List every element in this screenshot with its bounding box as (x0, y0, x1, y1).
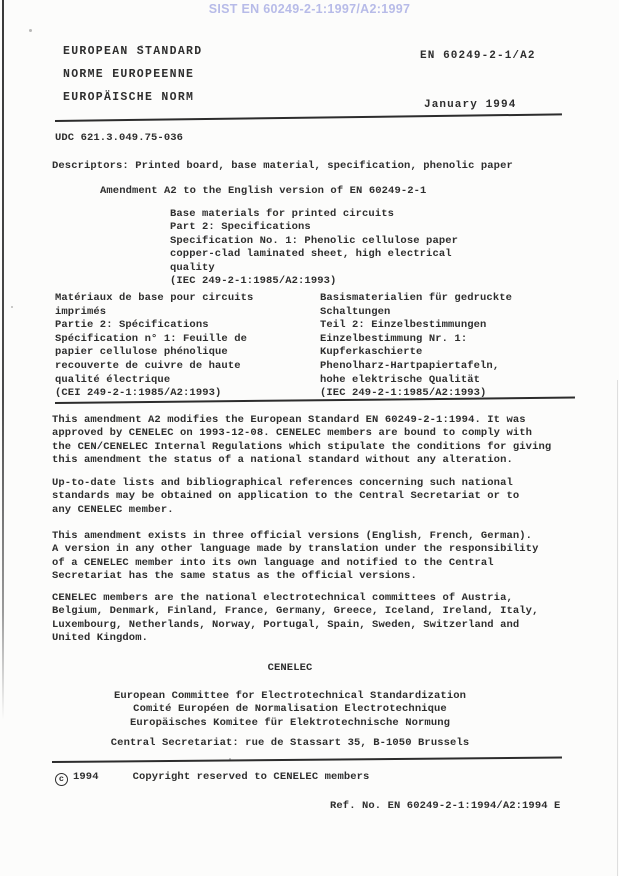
cenelec-committee-lines: European Committee for Electrotechnical … (0, 690, 580, 730)
copyright-line: c1994Copyright reserved to CENELEC membe… (55, 771, 369, 786)
watermark-text: SIST EN 60249-2-1:1997/A2:1997 (0, 2, 619, 16)
paragraph-approval: This amendment A2 modifies the European … (52, 414, 551, 468)
horizontal-rule-top (55, 113, 562, 122)
scan-edge-line-right (617, 380, 618, 876)
header-title-de: EUROPÄISCHE NORM (63, 91, 194, 104)
amendment-heading: Amendment A2 to the English version of E… (100, 185, 426, 198)
paragraph-members: CENELEC members are the national electro… (52, 592, 538, 646)
descriptors-line: Descriptors: Printed board, base materia… (52, 160, 513, 173)
copyright-text: Copyright reserved to CENELEC members (133, 771, 370, 783)
paragraph-versions: This amendment exists in three official … (52, 530, 538, 584)
horizontal-rule-bottom (52, 757, 562, 763)
scanned-standard-page: SIST EN 60249-2-1:1997/A2:1997 EUROPEAN … (0, 0, 619, 876)
scan-speck (11, 306, 13, 308)
title-block-english: Base materials for printed circuits Part… (170, 208, 458, 288)
document-date: January 1994 (424, 99, 516, 111)
udc-number: UDC 621.3.049.75-036 (55, 132, 183, 145)
cenelec-name: CENELEC (0, 662, 580, 675)
copyright-year: 1994 (73, 771, 99, 783)
header-title-fr: NORME EUROPEENNE (63, 68, 194, 81)
reference-number: Ref. No. EN 60249-2-1:1994/A2:1994 E (330, 800, 560, 813)
cenelec-secretariat: Central Secretariat: rue de Stassart 35,… (0, 737, 580, 750)
header-title-en: EUROPEAN STANDARD (63, 45, 202, 58)
scan-speck (29, 29, 32, 32)
copyright-symbol-icon: c (55, 773, 68, 786)
title-block-german: Basismaterialien für gedruckte Schaltung… (320, 292, 512, 401)
title-block-french: Matériaux de base pour circuits imprimés… (55, 292, 253, 401)
paragraph-lists: Up-to-date lists and bibliographical ref… (52, 477, 519, 517)
document-number: EN 60249-2-1/A2 (420, 50, 536, 62)
scan-edge-line-left (2, 0, 4, 720)
